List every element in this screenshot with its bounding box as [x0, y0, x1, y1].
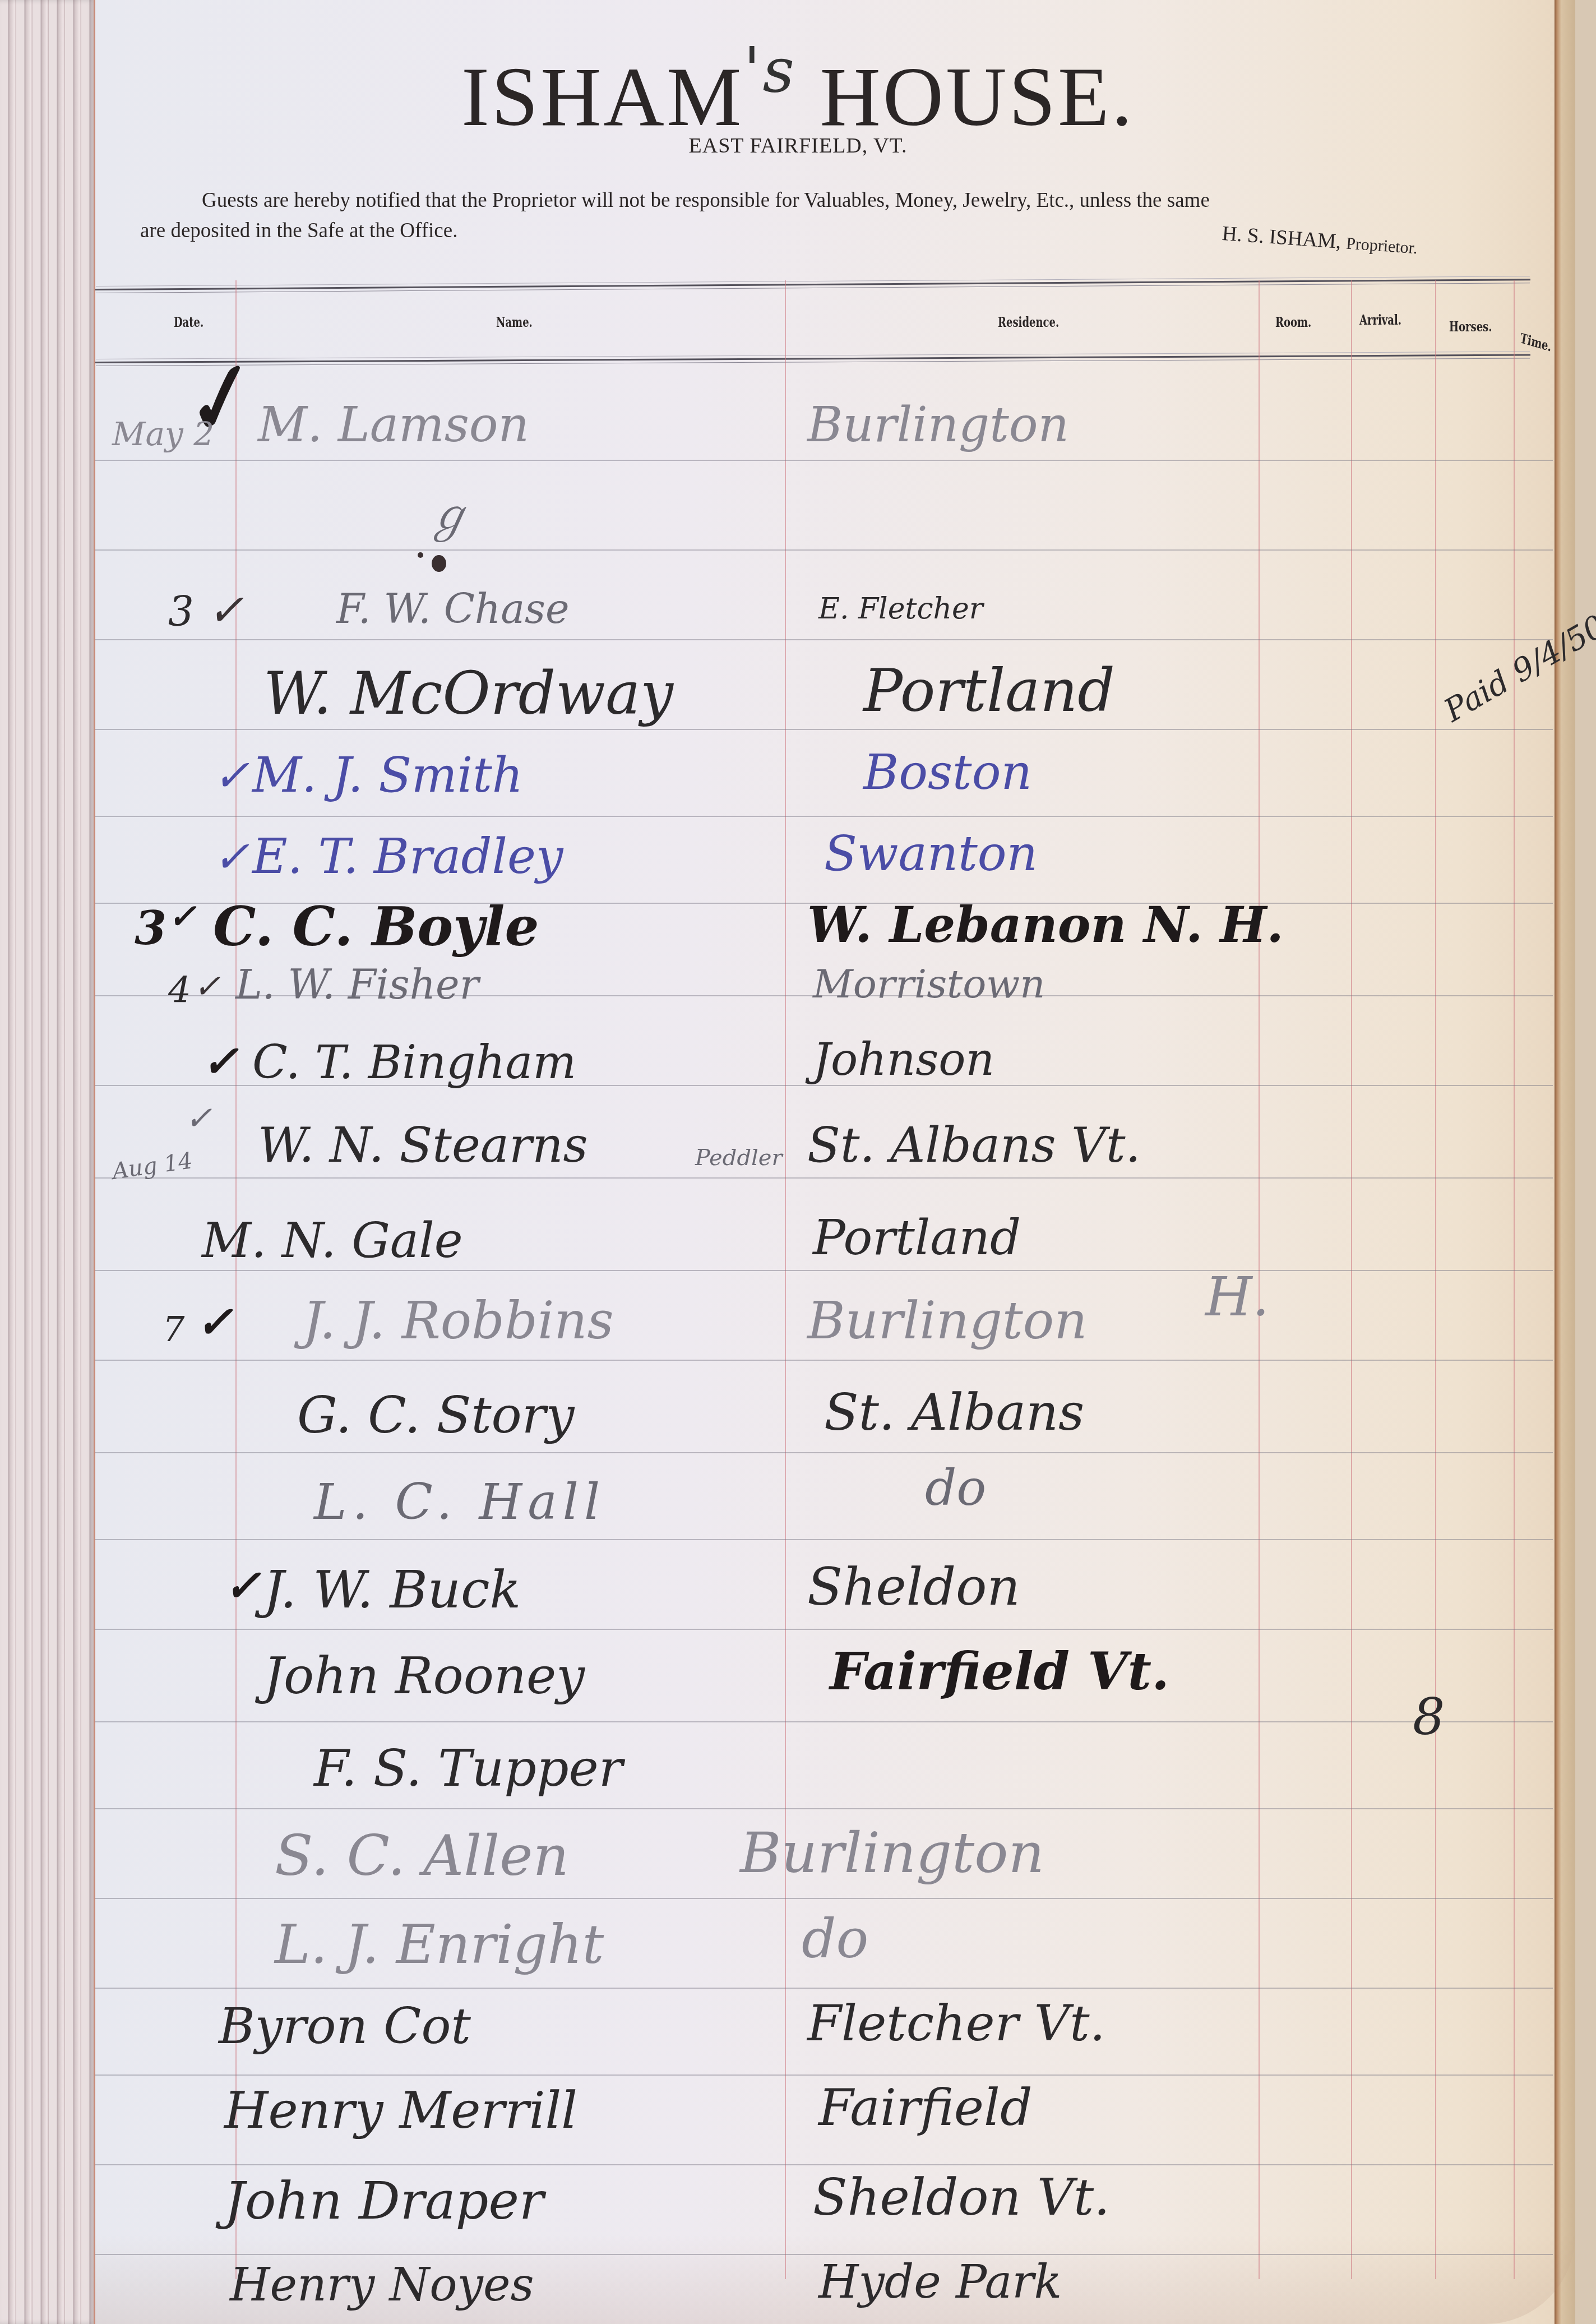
- entry-name: F. W. Chase: [336, 589, 570, 629]
- row-line: [95, 2074, 1553, 2076]
- entry-residence: Sheldon: [807, 1561, 1020, 1613]
- entry-residence: Morristown: [813, 964, 1045, 1004]
- entry-residence: Fairfield Vt.: [830, 1646, 1169, 1697]
- entry-name: M. J. Smith: [252, 751, 523, 800]
- row-line: [95, 639, 1553, 640]
- entry-residence: Burlington: [807, 401, 1069, 449]
- entry-name: F. S. Tupper: [314, 1744, 623, 1794]
- column-header-date: Date.: [174, 314, 203, 330]
- row-line: [95, 2254, 1553, 2255]
- row-line: [95, 460, 1553, 461]
- entry-name: E. T. Bradley: [252, 833, 563, 881]
- entry-residence: Sheldon Vt.: [813, 2173, 1110, 2223]
- hotel-location: EAST FAIRFIELD, VT.: [0, 133, 1596, 158]
- check-mark-icon: ✓: [202, 1040, 238, 1084]
- check-mark-icon: ✓: [207, 589, 244, 632]
- check-mark-icon: ✓: [185, 1102, 212, 1134]
- column-header-room: Room.: [1275, 314, 1311, 330]
- column-header-name: Name.: [496, 314, 533, 330]
- entry-name: L. W. Fisher: [235, 964, 479, 1005]
- entry-date: 3: [168, 592, 194, 632]
- column-rule-horses: [1514, 280, 1515, 2279]
- stray-scribble: ℊ: [426, 493, 471, 538]
- row-line: [95, 1898, 1553, 1899]
- hotel-title: ISHAM's HOUSE.: [0, 39, 1596, 139]
- entry-name: Byron Cot: [219, 2002, 471, 2051]
- entry-residence: do: [802, 1912, 868, 1966]
- row-line: [95, 1808, 1553, 1809]
- entry-residence: Swanton: [824, 830, 1038, 878]
- entry-name: L. J. Enright: [275, 1918, 604, 1971]
- entry-date: May 2: [112, 418, 214, 450]
- entry-residence: Fletcher Vt.: [807, 1999, 1105, 2048]
- notice-line-1: Guests are hereby notified that the Prop…: [202, 188, 1210, 212]
- row-line: [95, 1452, 1553, 1453]
- entry-name: L. C. Hall: [314, 1477, 605, 1527]
- column-rule-name: [785, 280, 786, 2279]
- entry-residence: Boston: [863, 749, 1032, 797]
- entry-name: John Draper: [224, 2175, 544, 2227]
- entry-residence: Burlington: [807, 1295, 1087, 1347]
- row-line: [95, 2164, 1553, 2165]
- entry-residence: W. Lebanon N. H.: [807, 900, 1284, 949]
- notice-line-2: are deposited in the Safe at the Office.: [140, 219, 457, 243]
- proprietor-title: Proprietor.: [1345, 234, 1418, 258]
- title-house: HOUSE.: [820, 50, 1135, 144]
- check-mark-icon: ✓: [224, 1564, 261, 1608]
- column-rule-room: [1351, 280, 1352, 2279]
- book-page-edges: [0, 0, 95, 2324]
- entry-residence: do: [925, 1463, 986, 1513]
- ink-blot: [418, 552, 423, 558]
- entry-name: Henry Noyes: [230, 2262, 534, 2308]
- check-mark-icon: ✓: [213, 835, 249, 879]
- entry-name: M. Lamson: [258, 401, 529, 449]
- entry-residence-note: H.: [1205, 1270, 1269, 1324]
- column-rule-date: [235, 280, 237, 2279]
- entry-name: J. J. Robbins: [303, 1295, 614, 1347]
- entry-residence: St. Albans: [824, 1388, 1084, 1438]
- entry-name: M. N. Gale: [202, 1217, 463, 1265]
- row-line: [95, 1721, 1553, 1722]
- column-header-arrival: Arrival.: [1359, 312, 1401, 328]
- room-annotation: 8: [1413, 1688, 1445, 1747]
- entry-date: 4: [168, 973, 191, 1009]
- entry-residence: St. Albans Vt.: [807, 1121, 1141, 1170]
- row-line: [95, 729, 1553, 730]
- row-line: [95, 1177, 1553, 1179]
- ink-blot: [432, 555, 446, 572]
- row-line: [95, 1270, 1553, 1271]
- entry-name: S. C. Allen: [275, 1828, 569, 1884]
- entry-name: G. C. Story: [297, 1390, 575, 1441]
- check-mark-icon: ✓: [196, 1301, 233, 1344]
- title-apostrophe-s: 's: [743, 34, 797, 106]
- row-line: [95, 816, 1553, 817]
- entry-residence: Portland: [813, 1214, 1021, 1262]
- row-line: [95, 1360, 1553, 1361]
- row-line: [95, 1539, 1553, 1540]
- column-header-residence: Residence.: [998, 314, 1059, 330]
- title-isham: ISHAM: [461, 50, 743, 144]
- entry-name: C. C. Boyle: [213, 900, 539, 954]
- entry-name: John Rooney: [263, 1651, 585, 1702]
- check-mark-icon: ✓: [213, 754, 249, 798]
- entry-date: 7: [163, 1312, 184, 1347]
- entry-name: J. W. Buck: [263, 1564, 521, 1616]
- entry-occupation-note: Peddler: [695, 1147, 783, 1169]
- entry-residence: Johnson: [813, 1037, 994, 1082]
- row-line: [95, 1988, 1553, 1989]
- entry-residence: Portland: [863, 662, 1115, 720]
- entry-date: 3: [135, 905, 166, 951]
- column-rule-arrival: [1435, 280, 1436, 2279]
- check-mark-icon: ✓: [193, 970, 221, 1002]
- column-header-horses: Horses.: [1449, 318, 1492, 335]
- row-line: [95, 549, 1553, 551]
- row-line: [95, 1629, 1553, 1630]
- entry-residence: E. Fletcher: [818, 594, 983, 623]
- entry-name: W. McOrdway: [263, 664, 673, 723]
- entry-name: W. N. Stearns: [258, 1121, 588, 1170]
- entry-name: C. T. Bingham: [252, 1040, 576, 1086]
- entry-residence: Hyde Park: [818, 2260, 1062, 2305]
- entry-residence: Fairfield: [818, 2083, 1033, 2133]
- entry-residence: Burlington: [740, 1825, 1044, 1881]
- page-gutter-edge: [1555, 0, 1575, 2324]
- check-mark-icon: ✓: [168, 900, 196, 934]
- entry-name: Henry Merrill: [224, 2086, 577, 2136]
